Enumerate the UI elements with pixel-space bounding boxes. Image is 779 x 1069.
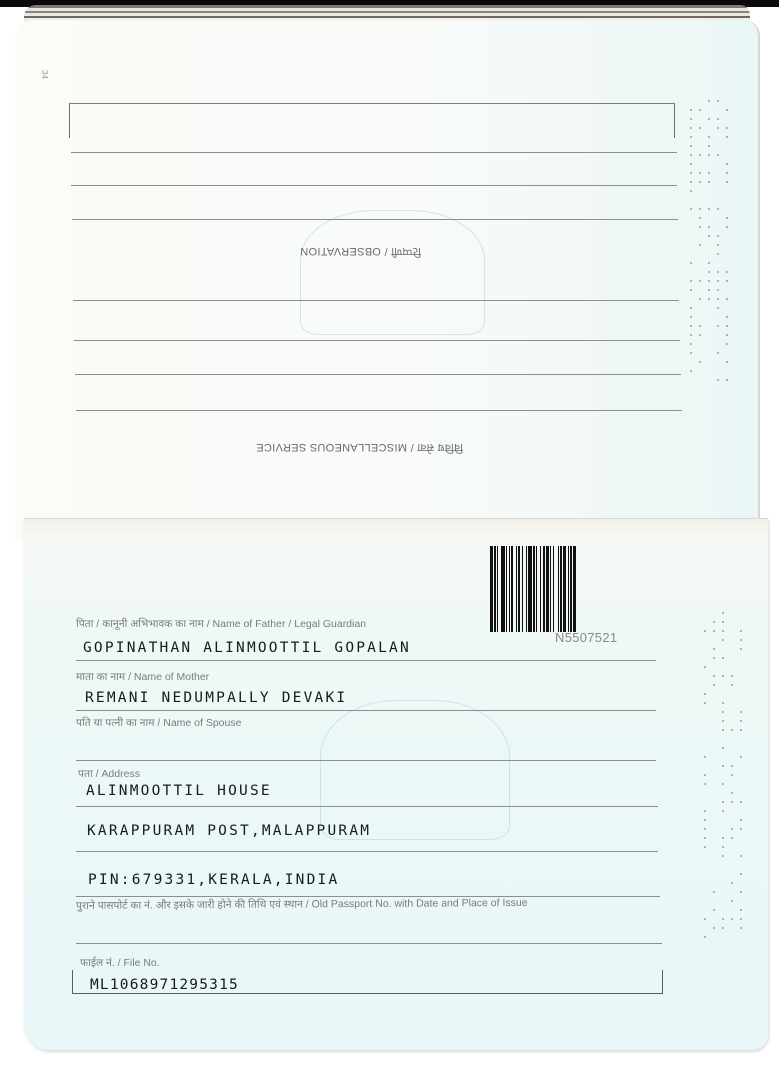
spouse-name-label: पति या पत्नी का नाम / Name of Spouse: [76, 716, 241, 730]
rule-line: [74, 340, 680, 341]
page-number: 34: [40, 70, 49, 79]
barcode: [490, 546, 698, 632]
rule-line: [76, 410, 682, 411]
rule-line: [75, 374, 681, 375]
observation-box: [69, 103, 675, 138]
rule-line: [72, 219, 678, 220]
mother-name-value: REMANI NEDUMPALLY DEVAKI: [85, 690, 347, 706]
rule-line: [71, 185, 677, 186]
address-line-2: KARAPPURAM POST,MALAPPURAM: [87, 823, 371, 839]
mother-name-label: माता का नाम / Name of Mother: [76, 670, 209, 684]
rule-line: [76, 710, 656, 711]
rule-line: [73, 300, 679, 301]
barcode-number: N5507521: [555, 630, 617, 645]
emblem-watermark-lower: [320, 700, 510, 840]
rule-line: [76, 806, 658, 807]
address-line-3: PIN:679331,KERALA,INDIA: [88, 872, 339, 888]
observation-label: टिप्पणी / OBSERVATION: [300, 244, 421, 259]
emblem-watermark-upper: [300, 210, 485, 335]
address-line-1: ALINMOOTTIL HOUSE: [86, 783, 272, 799]
rule-line: [76, 943, 662, 944]
rule-line: [71, 152, 677, 153]
father-name-value: GOPINATHAN ALINMOOTTIL GOPALAN: [83, 640, 411, 656]
rule-line: [76, 851, 658, 852]
file-number-label: फाईल नं. / File No.: [80, 956, 160, 970]
file-number-value: ML1068971295315: [90, 977, 239, 993]
father-name-label: पिता / कानूनी अभिभावक का नाम / Name of F…: [76, 617, 366, 631]
rule-line: [76, 660, 656, 661]
misc-service-label: विविध सेवा / MISCELLANEOUS SERVICE: [256, 440, 463, 455]
rule-line: [76, 760, 656, 761]
address-label: पता / Address: [78, 767, 140, 781]
